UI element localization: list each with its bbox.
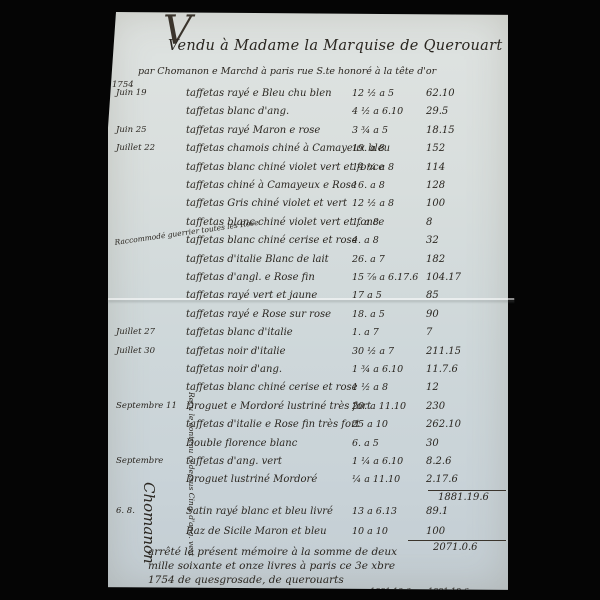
total-rule bbox=[408, 540, 506, 541]
entry-date: Juillet 27 bbox=[116, 327, 184, 337]
invoice-entry: Septembre 11Droguet e Mordoré lustriné t… bbox=[116, 401, 508, 420]
invoice-entry: Juillet 22taffetas chamois chiné à Camay… bbox=[116, 143, 508, 162]
entry-quantity: 4 ½ a 6.10 bbox=[352, 106, 403, 117]
invoice-entry: taffetas chiné à Camayeux e Rose16. a 81… bbox=[116, 180, 508, 199]
entry-date: Juillet 30 bbox=[116, 346, 184, 356]
signature: Chomanon bbox=[140, 482, 158, 564]
entry-quantity: 3 ¾ a 5 bbox=[352, 125, 388, 136]
entry-quantity: 15 ⅞ a 6.17.6 bbox=[352, 272, 418, 283]
entry-date: Juin 19 bbox=[116, 88, 184, 98]
entry-quantity: 4. a 8 bbox=[352, 235, 379, 246]
entry-amount: 90 bbox=[426, 309, 506, 320]
entry-description: taffetas chiné à Camayeux e Rose bbox=[186, 180, 357, 191]
entry-quantity: 1. a 7 bbox=[352, 327, 379, 338]
entry-description: taffetas d'italie Blanc de lait bbox=[186, 254, 329, 265]
entry-amount: 230 bbox=[426, 401, 506, 412]
total: 2071.0.6 bbox=[433, 542, 478, 553]
entry-date: Juin 25 bbox=[116, 125, 184, 135]
entry-amount: 32 bbox=[426, 235, 506, 246]
closing-line-1: arrêté le présent mémoire à la somme de … bbox=[148, 546, 397, 558]
entry-quantity: 17 a 5 bbox=[352, 290, 382, 301]
invoice-entry: Juillet 27taffetas blanc d'italie1. a 77 bbox=[116, 327, 508, 346]
crossed-total-2: 1881.19.6 bbox=[428, 587, 469, 596]
entry-amount: 100 bbox=[426, 526, 506, 537]
closing-line-2: mille soixante et onze livres à paris ce… bbox=[148, 560, 395, 572]
entry-description: Droguet lustriné Mordoré bbox=[186, 474, 317, 485]
entry-description: taffetas Gris chiné violet et vert bbox=[186, 198, 347, 209]
entry-amount: 211.15 bbox=[426, 346, 506, 357]
entry-quantity: 1 ½ a 8 bbox=[352, 382, 388, 393]
invoice-entry: taffetas rayé e Rose sur rose18. a 590 bbox=[116, 309, 508, 328]
entry-date: Juillet 22 bbox=[116, 143, 184, 153]
invoice-entry: taffetas noir d'ang.1 ¾ a 6.1011.7.6 bbox=[116, 364, 508, 383]
entry-amount: 12 bbox=[426, 382, 506, 393]
entry-quantity: 12 ½ a 8 bbox=[352, 198, 394, 209]
entry-amount: 152 bbox=[426, 143, 506, 154]
entry-quantity: 14 ¼ a 8 bbox=[352, 162, 394, 173]
entry-amount: 11.7.6 bbox=[426, 364, 506, 375]
subtotal: 1881.19.6 bbox=[438, 492, 489, 503]
crossed-total-1: 1881.19.6 bbox=[370, 587, 411, 596]
entry-amount: 100 bbox=[426, 198, 506, 209]
entry-quantity: 25 a 10 bbox=[352, 419, 388, 430]
entry-description: Raz de Sicile Maron et bleu bbox=[186, 526, 327, 537]
invoice-entry: Juin 19taffetas rayé e Bleu chu blen12 ½… bbox=[116, 88, 508, 107]
entry-date: Septembre bbox=[116, 456, 184, 466]
invoice-entry: taffetas blanc chiné violet vert et fonc… bbox=[116, 162, 508, 181]
entry-amount: 128 bbox=[426, 180, 506, 191]
entry-description: taffetas d'italie e Rose fin très fort bbox=[186, 419, 360, 430]
invoice-entry: Double florence blanc6. a 530 bbox=[116, 438, 508, 457]
invoice-entry: taffetas d'italie Blanc de lait26. a 718… bbox=[116, 254, 508, 273]
invoice-entry: taffetas d'italie e Rose fin très fort25… bbox=[116, 419, 508, 438]
entry-amount: 30 bbox=[426, 438, 506, 449]
merchant-line: par Chomanon e Marchd à paris rue S.te h… bbox=[138, 66, 436, 77]
entry-amount: 114 bbox=[426, 162, 506, 173]
entry-description: taffetas blanc chiné cerise et rose bbox=[186, 382, 358, 393]
entry-quantity: 12 ½ a 5 bbox=[352, 88, 394, 99]
entry-quantity: 16. a 8 bbox=[352, 180, 385, 191]
invoice-entry: taffetas d'angl. e Rose fin15 ⅞ a 6.17.6… bbox=[116, 272, 508, 291]
invoice-heading: Vendu à Madame la Marquise de Querouart bbox=[168, 38, 503, 54]
entry-description: Satin rayé blanc et bleu livré bbox=[186, 506, 333, 517]
entry-quantity: 1 ¾ a 6.10 bbox=[352, 364, 403, 375]
entry-amount: 85 bbox=[426, 290, 506, 301]
entry-quantity: 6. a 5 bbox=[352, 438, 379, 449]
entry-date: Septembre 11 bbox=[116, 401, 184, 411]
entry-description: taffetas rayé e Rose sur rose bbox=[186, 309, 331, 320]
entry-amount: 8 bbox=[426, 217, 506, 228]
invoice-entry: taffetas rayé vert et jaune17 a 585 bbox=[116, 290, 508, 309]
entry-quantity: 13 a 6.13 bbox=[352, 506, 397, 517]
entry-amount: 182 bbox=[426, 254, 506, 265]
invoice-paper: V Vendu à Madame la Marquise de Querouar… bbox=[108, 12, 508, 590]
entry-amount: 262.10 bbox=[426, 419, 506, 430]
invoice-entry: taffetas blanc d'ang.4 ½ a 6.1029.5 bbox=[116, 106, 508, 125]
entry-description: taffetas rayé vert et jaune bbox=[186, 290, 317, 301]
invoice-entry: Juillet 30taffetas noir d'italie30 ½ a 7… bbox=[116, 346, 508, 365]
closing-line-3: 1754 de quesgrosade, de querouarts bbox=[148, 574, 344, 586]
entry-description: taffetas d'ang. vert bbox=[186, 456, 282, 467]
entry-amount: 29.5 bbox=[426, 106, 506, 117]
entry-amount: 62.10 bbox=[426, 88, 506, 99]
margin-note-2: Reçu le contenu ci dessus Cinq. d'ang. v… bbox=[187, 392, 196, 556]
entry-description: taffetas noir d'italie bbox=[186, 346, 286, 357]
entry-amount: 89.1 bbox=[426, 506, 506, 517]
entry-quantity: 26. a 7 bbox=[352, 254, 385, 265]
entry-description: Droguet e Mordoré lustriné très fort bbox=[186, 401, 371, 412]
entry-amount: 7 bbox=[426, 327, 506, 338]
entry-amount: 104.17 bbox=[426, 272, 506, 283]
entry-quantity: 30 ½ a 7 bbox=[352, 346, 394, 357]
entry-description: Double florence blanc bbox=[186, 438, 297, 449]
entry-quantity: 10 a 10 bbox=[352, 526, 388, 537]
invoice-entry: taffetas Gris chiné violet et vert12 ½ a… bbox=[116, 198, 508, 217]
entry-quantity: 1 ¼ a 6.10 bbox=[352, 456, 403, 467]
entry-description: taffetas blanc d'ang. bbox=[186, 106, 289, 117]
entry-amount: 2.17.6 bbox=[426, 474, 506, 485]
invoice-entry: Septembretaffetas d'ang. vert1 ¼ a 6.108… bbox=[116, 456, 508, 475]
entry-quantity: 1. a 8 bbox=[352, 217, 379, 228]
entry-description: taffetas d'angl. e Rose fin bbox=[186, 272, 315, 283]
entry-description: taffetas blanc d'italie bbox=[186, 327, 293, 338]
entry-quantity: 19. a 8 bbox=[352, 143, 385, 154]
invoice-entry: Juin 25taffetas rayé Maron e rose3 ¾ a 5… bbox=[116, 125, 508, 144]
entry-description: taffetas rayé Maron e rose bbox=[186, 125, 320, 136]
entry-amount: 18.15 bbox=[426, 125, 506, 136]
subtotal-rule bbox=[428, 490, 506, 491]
invoice-entry: taffetas blanc chiné cerise et rose1 ½ a… bbox=[116, 382, 508, 401]
entry-description: taffetas noir d'ang. bbox=[186, 364, 282, 375]
entry-quantity: 18. a 5 bbox=[352, 309, 385, 320]
entry-description: taffetas blanc chiné cerise et rose bbox=[186, 235, 358, 246]
entry-quantity: 20. a 11.10 bbox=[352, 401, 406, 412]
invoice-entry: 6. 8.Satin rayé blanc et bleu livré13 a … bbox=[116, 506, 508, 525]
entry-description: taffetas rayé e Bleu chu blen bbox=[186, 88, 332, 99]
entry-amount: 8.2.6 bbox=[426, 456, 506, 467]
entry-quantity: ¼ a 11.10 bbox=[352, 474, 400, 485]
